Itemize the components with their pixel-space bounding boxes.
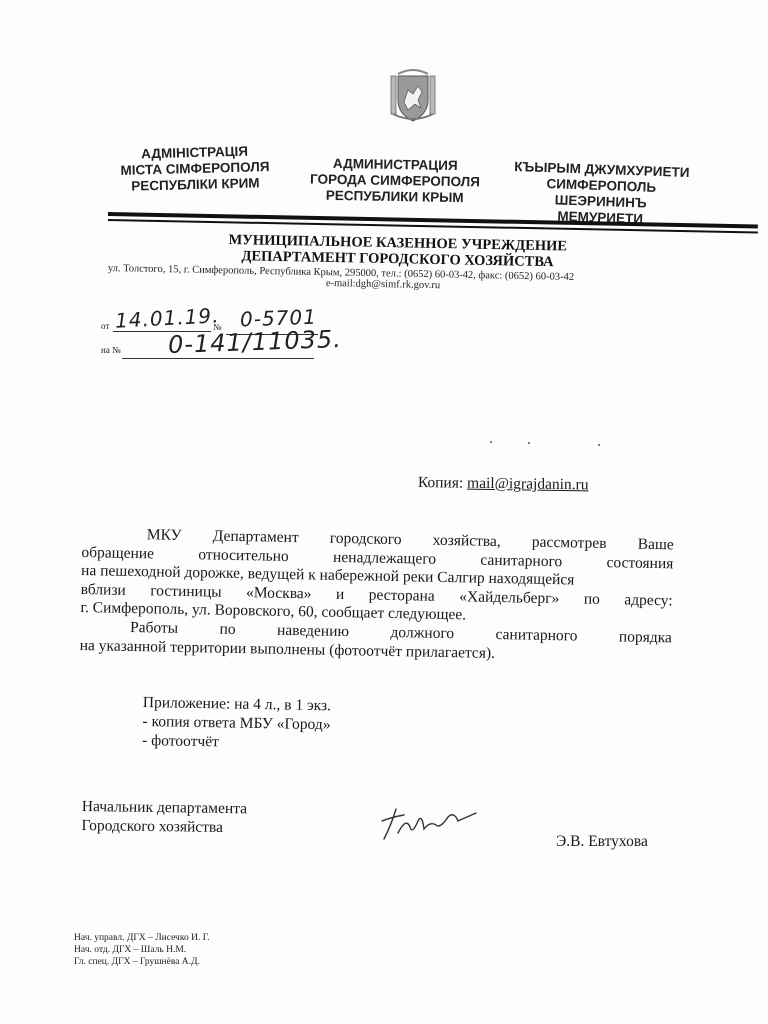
footer-line: Нач. управл. ДГХ – Лисечко И. Г.	[74, 932, 210, 944]
word: относительно	[198, 546, 289, 566]
footer-contacts: Нач. управл. ДГХ – Лисечко И. Г. Нач. от…	[74, 932, 210, 968]
scan-speck	[490, 441, 492, 443]
word: Работы	[130, 619, 178, 639]
scan-speck	[598, 444, 600, 446]
organization-email: e-mail:dgh@simf.rk.gov.ru	[326, 277, 440, 292]
word: и	[336, 586, 345, 605]
word: обращение	[81, 544, 154, 564]
header-line: РЕСПУБЛІКИ КРИМ	[114, 175, 276, 195]
word: по	[584, 590, 600, 609]
letter-page: АДМІНІСТРАЦІЯ МІСТА СІМФЕРОПОЛЯ РЕСПУБЛІ…	[0, 0, 768, 1024]
word: хозяйства,	[433, 532, 501, 552]
signer-title: Начальник департамента Городского хозяйс…	[81, 797, 247, 837]
word: ресторана	[369, 586, 435, 606]
header-line: РЕСПУБЛИКИ КРЫМ	[300, 187, 490, 206]
from-label: от	[101, 321, 109, 331]
letterhead-russian: АДМИНИСТРАЦИЯ ГОРОДА СИМФЕРОПОЛЯ РЕСПУБЛ…	[300, 155, 491, 206]
word: наведению	[277, 622, 349, 642]
word: по	[219, 621, 235, 640]
word: Ваше	[637, 536, 673, 555]
signer-name: Э.В. Евтухова	[556, 833, 648, 851]
attachment-item: - фотоотчёт	[142, 731, 331, 753]
word: вблизи	[81, 581, 126, 600]
word: должного	[390, 624, 454, 644]
footer-line: Нач. отд. ДГХ – Шаль Н.М.	[74, 944, 210, 956]
outgoing-date: 14.01.19.	[114, 303, 220, 332]
word: санитарного	[495, 626, 577, 646]
word: гостиницы	[150, 582, 222, 602]
word: «Хайдельберг»	[459, 588, 559, 609]
scan-speck	[528, 442, 530, 444]
signer-title-line: Городского хозяйства	[81, 816, 246, 837]
word: состояния	[606, 554, 673, 574]
word: рассмотрев	[532, 534, 607, 554]
word: Департамент	[213, 528, 299, 548]
letterhead-ukrainian: АДМІНІСТРАЦІЯ МІСТА СІМФЕРОПОЛЯ РЕСПУБЛІ…	[113, 143, 276, 195]
reply-label: на №	[101, 345, 121, 355]
reply-number: 0-141/11035.	[168, 325, 343, 359]
word: МКУ	[147, 526, 182, 545]
word: адресу:	[624, 591, 673, 611]
reply-underline	[122, 358, 314, 359]
word: санитарного	[480, 551, 562, 571]
word: ненадлежащего	[333, 548, 436, 569]
letterhead-crimean-tatar: КЪЫРЫМ ДЖУМХУРИЕТИ СИМФЕРОПОЛЬ ШЕЭРИНИНЪ…	[509, 159, 693, 229]
copy-line: Копия: mail@igrajdanin.ru	[418, 474, 589, 494]
crimea-coat-of-arms-icon	[388, 66, 438, 124]
copy-email-link[interactable]: mail@igrajdanin.ru	[467, 475, 589, 494]
letter-body: МКУ Департамент городского хозяйства, ра…	[80, 525, 674, 666]
footer-line: Гл. спец. ДГХ – Грушнёва А.Д.	[74, 956, 210, 968]
word: «Москва»	[246, 584, 312, 604]
word: городского	[330, 530, 402, 550]
signer-title-line: Начальник департамента	[82, 797, 247, 818]
attachments: Приложение: на 4 л., в 1 экз. - копия от…	[142, 693, 331, 753]
word: порядка	[619, 628, 672, 648]
copy-label: Копия:	[418, 474, 464, 492]
handwritten-signature-icon	[378, 803, 488, 845]
